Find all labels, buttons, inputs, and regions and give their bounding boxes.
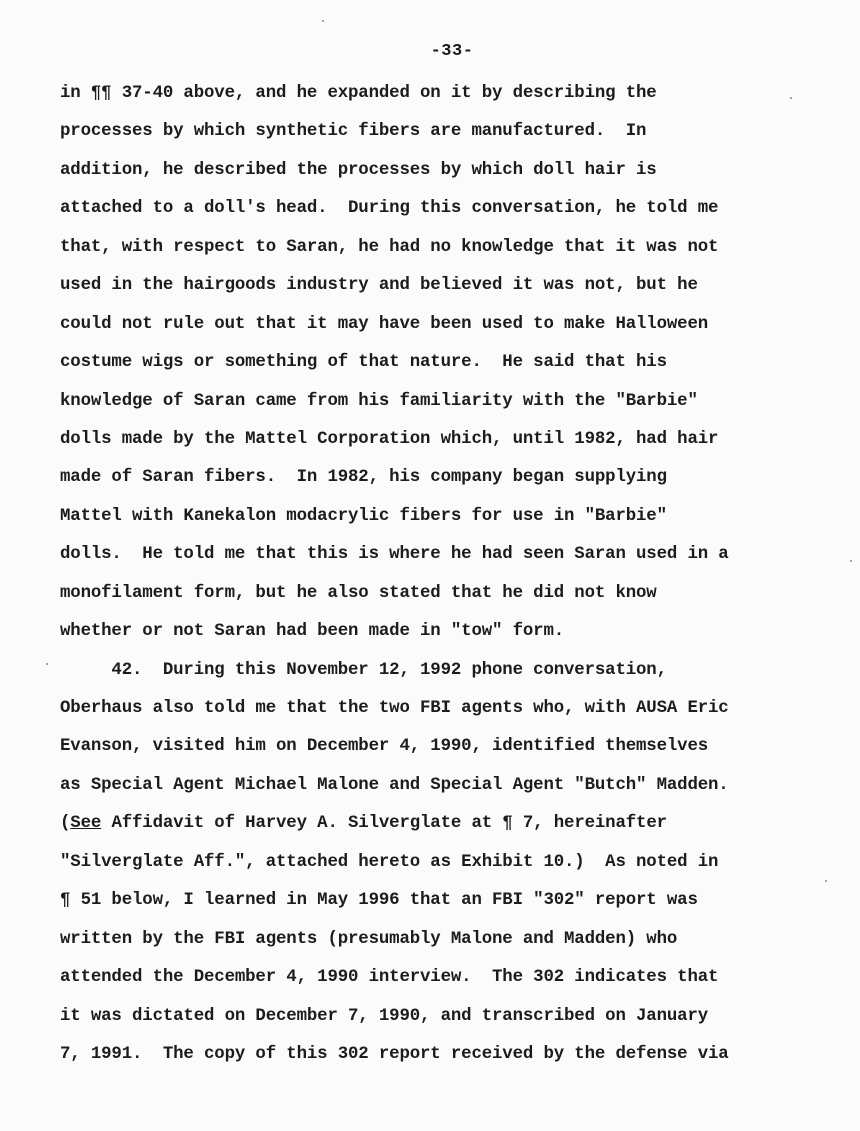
text-line: addition, he described the processes by … [60, 156, 840, 194]
open-paren: ( [60, 814, 70, 833]
page-number: -33- [0, 42, 860, 61]
text-line: in ¶¶ 37-40 above, and he expanded on it… [60, 79, 840, 117]
text-line: costume wigs or something of that nature… [60, 348, 840, 386]
text-line: "Silverglate Aff.", attached hereto as E… [60, 848, 840, 886]
text-line: 7, 1991. The copy of this 302 report rec… [60, 1040, 840, 1078]
text-line: dolls. He told me that this is where he … [60, 540, 840, 578]
text-line: processes by which synthetic fibers are … [60, 117, 840, 155]
citation-text: Affidavit of Harvey A. Silverglate at ¶ … [101, 814, 667, 833]
text-line: attached to a doll's head. During this c… [60, 194, 840, 232]
text-line: monofilament form, but he also stated th… [60, 579, 840, 617]
scan-speck [825, 880, 827, 882]
text-line: attended the December 4, 1990 interview.… [60, 963, 840, 1001]
scan-speck [46, 663, 48, 665]
scan-speck [322, 20, 324, 22]
text-line: Evanson, visited him on December 4, 1990… [60, 732, 840, 770]
see-signal: See [70, 814, 101, 833]
scan-speck [790, 97, 792, 99]
text-line: that, with respect to Saran, he had no k… [60, 233, 840, 271]
document-page: -33- in ¶¶ 37-40 above, and he expanded … [0, 0, 860, 1131]
citation-line: (See Affidavit of Harvey A. Silverglate … [60, 809, 840, 847]
text-line: dolls made by the Mattel Corporation whi… [60, 425, 840, 463]
text-line: written by the FBI agents (presumably Ma… [60, 925, 840, 963]
paragraph-42-start: 42. During this November 12, 1992 phone … [60, 656, 840, 694]
text-line: knowledge of Saran came from his familia… [60, 387, 840, 425]
text-line: made of Saran fibers. In 1982, his compa… [60, 463, 840, 501]
text-line: used in the hairgoods industry and belie… [60, 271, 840, 309]
text-line: Oberhaus also told me that the two FBI a… [60, 694, 840, 732]
text-line: ¶ 51 below, I learned in May 1996 that a… [60, 886, 840, 924]
text-line: whether or not Saran had been made in "t… [60, 617, 840, 655]
text-line: it was dictated on December 7, 1990, and… [60, 1002, 840, 1040]
body-text: in ¶¶ 37-40 above, and he expanded on it… [60, 79, 840, 1078]
text-line: could not rule out that it may have been… [60, 310, 840, 348]
text-line: Mattel with Kanekalon modacrylic fibers … [60, 502, 840, 540]
scan-speck [850, 560, 852, 562]
text-line: as Special Agent Michael Malone and Spec… [60, 771, 840, 809]
